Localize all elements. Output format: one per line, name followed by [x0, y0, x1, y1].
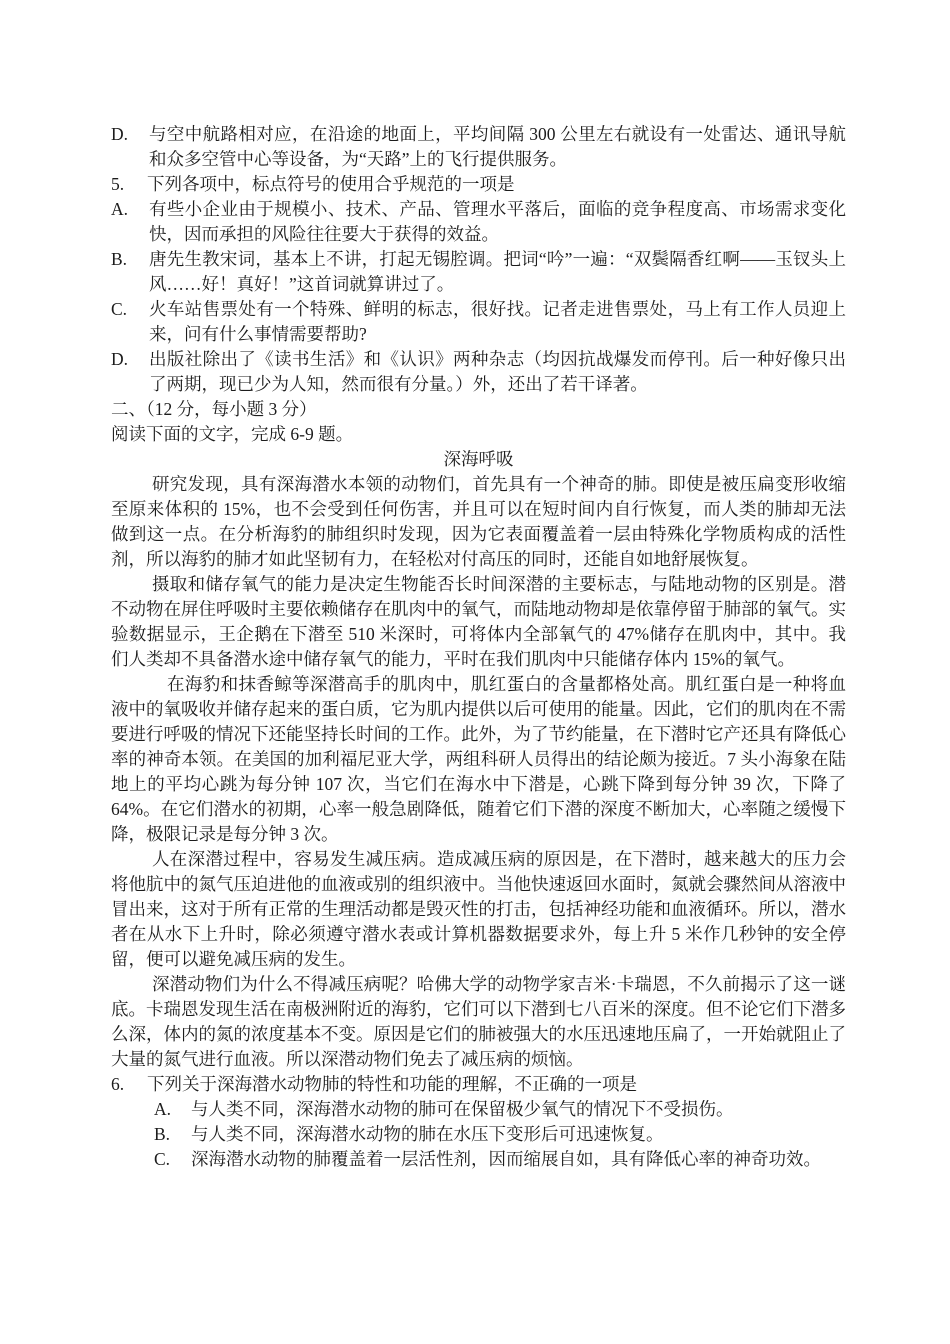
question-5-option-c: C. 火车站售票处有一个特殊、鲜明的标志，很好找。记者走进售票处，马上有工作人员…: [111, 297, 846, 347]
option-text: 出版社除出了《读书生活》和《认识》两种杂志（均因抗战爆发而停刊。后一种好像只出了…: [149, 347, 846, 397]
option-label: A.: [154, 1097, 191, 1122]
option-label: B.: [111, 247, 149, 297]
question-number: 5.: [111, 172, 147, 197]
question-6-option-b: B. 与人类不同，深海潜水动物的肺在水压下变形后可迅速恢复。: [154, 1122, 889, 1147]
option-label: B.: [154, 1122, 191, 1147]
option-label: C.: [154, 1147, 191, 1172]
option-text: 深海潜水动物的肺覆盖着一层活性剂，因而缩展自如，具有降低心率的神奇功效。: [191, 1147, 889, 1172]
question-number: 6.: [111, 1072, 147, 1097]
question-6-option-c: C. 深海潜水动物的肺覆盖着一层活性剂，因而缩展自如，具有降低心率的神奇功效。: [154, 1147, 889, 1172]
question-6-option-a: A. 与人类不同，深海潜水动物的肺可在保留极少氧气的情况下不受损伤。: [154, 1097, 889, 1122]
option-text: 有些小企业由于规模小、技术、产品、管理水平落后，面临的竞争程度高、市场需求变化快…: [149, 197, 846, 247]
option-label: C.: [111, 297, 149, 347]
option-text: 与空中航路相对应，在沿途的地面上，平均间隔 300 公里左右就设有一处雷达、通讯…: [149, 122, 846, 172]
question-5-option-b: B. 唐先生教宋词，基本上不讲，打起无锡腔调。把词“吟”一遍：“双鬓隔香红啊——…: [111, 247, 846, 297]
option-text: 火车站售票处有一个特殊、鲜明的标志，很好找。记者走进售票处，马上有工作人员迎上来…: [149, 297, 846, 347]
option-text: 与人类不同，深海潜水动物的肺可在保留极少氧气的情况下不受损伤。: [191, 1097, 889, 1122]
option-label: A.: [111, 197, 149, 247]
question-text: 下列关于深海潜水动物肺的特性和功能的理解，不正确的一项是: [147, 1072, 846, 1097]
passage-title: 深海呼吸: [111, 447, 846, 472]
question-6-stem: 6. 下列关于深海潜水动物肺的特性和功能的理解，不正确的一项是: [111, 1072, 846, 1097]
option-label: D.: [111, 347, 149, 397]
passage-paragraph-1: 研究发现，具有深海潜水本领的动物们，首先具有一个神奇的肺。即使是被压扁变形收缩至…: [111, 472, 846, 572]
passage-paragraph-5: 深潜动物们为什么不得减压病呢？哈佛大学的动物学家吉米·卡瑞恩，不久前揭示了这一谜…: [111, 972, 846, 1072]
question-text: 下列各项中，标点符号的使用合乎规范的一项是: [147, 172, 846, 197]
passage-paragraph-3: 在海豹和抹香鲸等深潜高手的肌肉中，肌红蛋白的含量都格处高。肌红蛋白是一种将血液中…: [111, 672, 846, 847]
option-text: 唐先生教宋词，基本上不讲，打起无锡腔调。把词“吟”一遍：“双鬓隔香红啊——玉钗头…: [149, 247, 846, 297]
question-5-option-d: D. 出版社除出了《读书生活》和《认识》两种杂志（均因抗战爆发而停刊。后一种好像…: [111, 347, 846, 397]
section-header: 二、（12 分，每小题 3 分）: [111, 397, 846, 422]
reading-instruction: 阅读下面的文字，完成 6-9 题。: [111, 422, 846, 447]
pre-question-option-d: D. 与空中航路相对应，在沿途的地面上，平均间隔 300 公里左右就设有一处雷达…: [111, 122, 846, 172]
passage-paragraph-2: 摄取和储存氧气的能力是决定生物能否长时间深潜的主要标志，与陆地动物的区别是。潜不…: [111, 572, 846, 672]
question-5-option-a: A. 有些小企业由于规模小、技术、产品、管理水平落后，面临的竞争程度高、市场需求…: [111, 197, 846, 247]
question-5-stem: 5. 下列各项中，标点符号的使用合乎规范的一项是: [111, 172, 846, 197]
exam-document-page: D. 与空中航路相对应，在沿途的地面上，平均间隔 300 公里左右就设有一处雷达…: [0, 0, 950, 1344]
passage-paragraph-4: 人在深潜过程中，容易发生减压病。造成减压病的原因是，在下潜时，越来越大的压力会将…: [111, 847, 846, 972]
option-text: 与人类不同，深海潜水动物的肺在水压下变形后可迅速恢复。: [191, 1122, 889, 1147]
option-label: D.: [111, 122, 149, 172]
